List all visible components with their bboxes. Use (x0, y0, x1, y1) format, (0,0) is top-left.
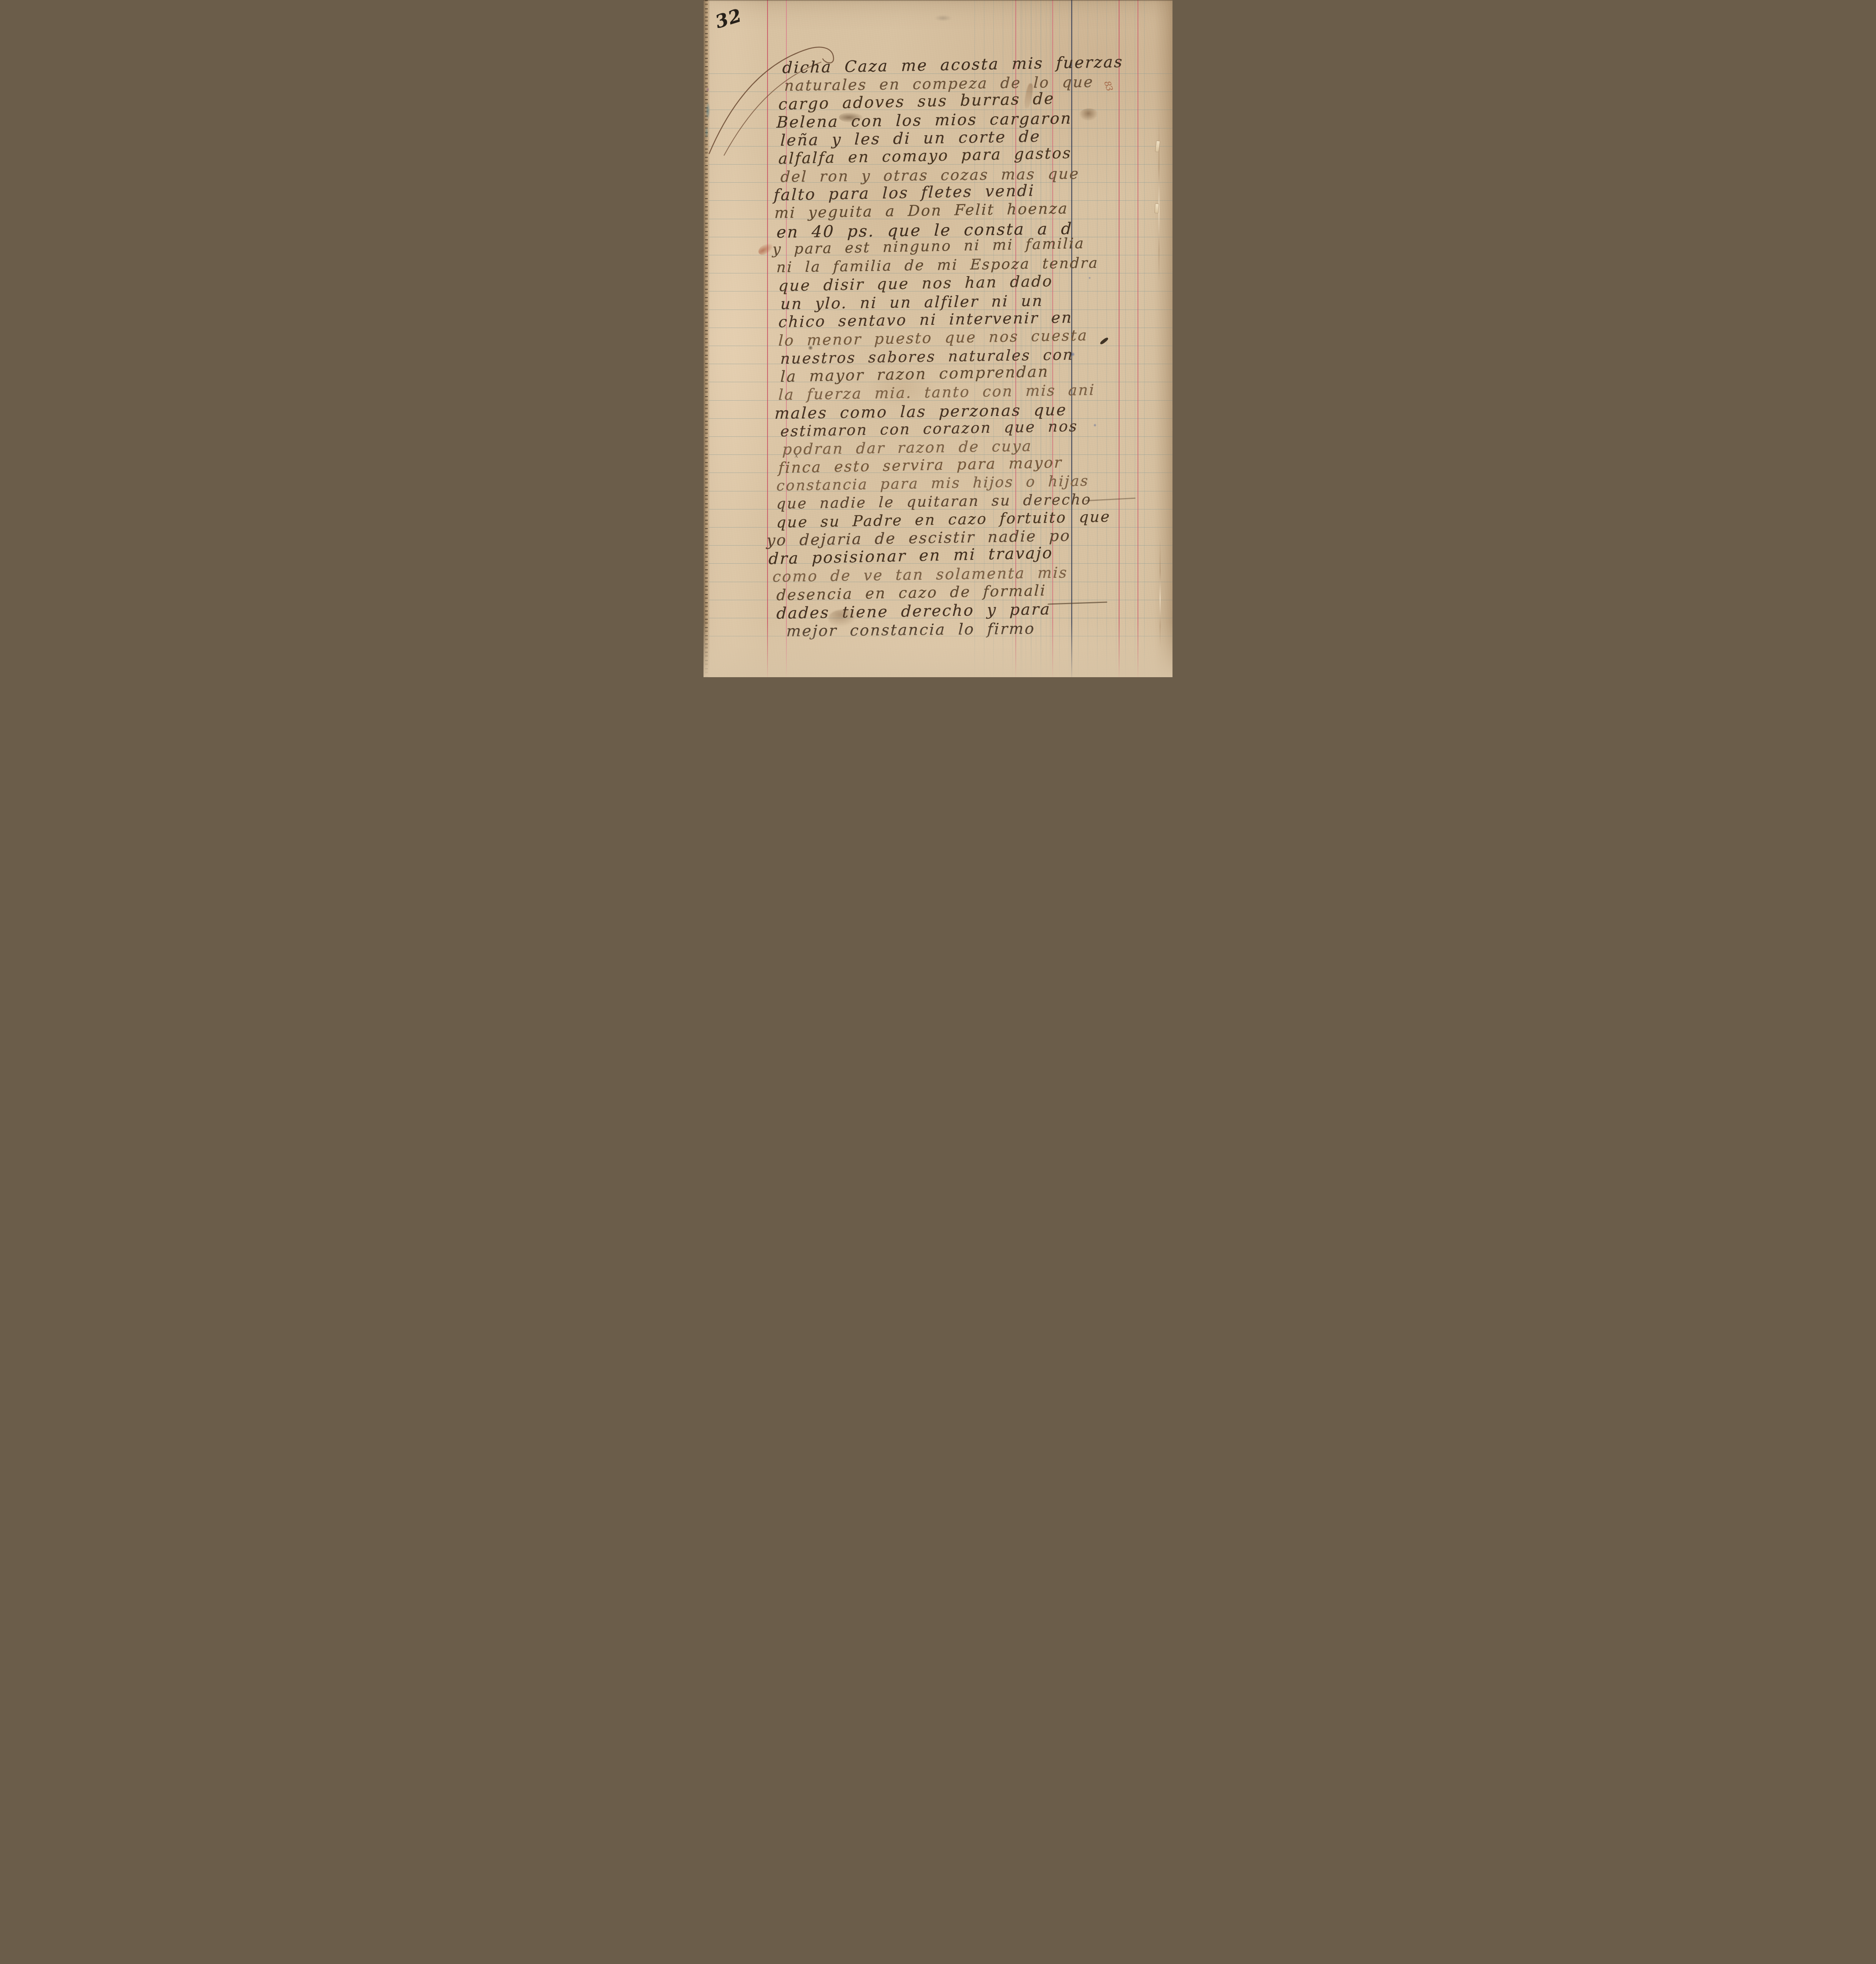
bottom-fade (703, 622, 1172, 677)
stitch-thread-2 (1154, 203, 1159, 214)
handwritten-line: dades tiene derecho y para (776, 600, 1051, 623)
handwritten-text-block: dicha Caza me acosta mis fuerzasnaturale… (703, 0, 1172, 677)
top-scan-edge (703, 0, 1172, 1)
right-edge-shading (1154, 0, 1172, 677)
handwritten-line: que disir que nos han dado (778, 272, 1053, 295)
manuscript-page: 32 dicha Caza me acosta mis fuerzasnatur… (703, 0, 1172, 677)
inline-x-mark: x (795, 452, 798, 459)
handwritten-line: desencia en cazo de formali (776, 582, 1046, 604)
